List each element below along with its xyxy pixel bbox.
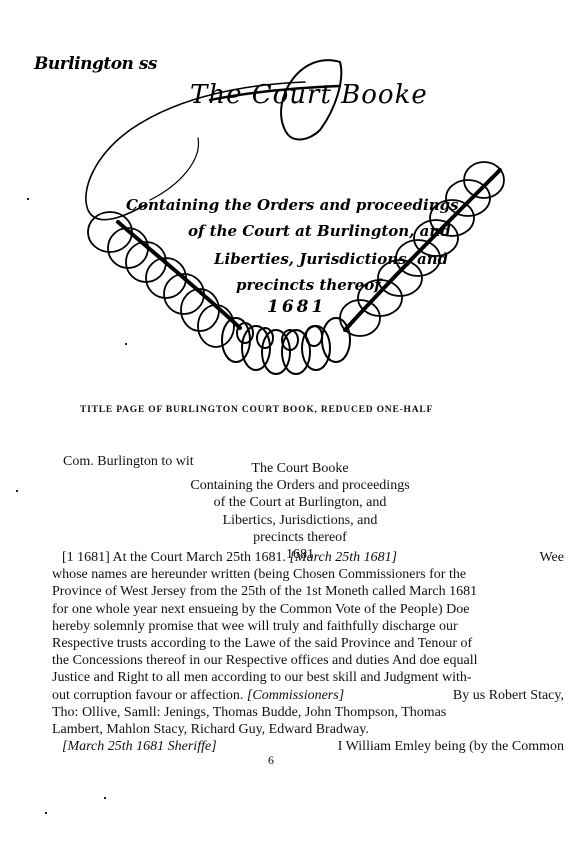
text-line: the Concessions thereof in our Respectiv…: [52, 652, 564, 669]
scan-speck: [27, 198, 29, 200]
title-line: Containing the Orders and proceedings: [170, 477, 430, 494]
title-line: Libertics, Jurisdictions, and: [170, 512, 430, 529]
text-line: [1 1681] At the Court March 25th 1681. […: [52, 549, 564, 566]
page-number: 6: [268, 753, 274, 768]
plate-year: 1681: [267, 297, 326, 317]
text-line: Respective trusts according to the Lawe …: [52, 635, 564, 652]
plate-line-3: Liberties, Jurisdictions, and: [214, 250, 448, 268]
county-heading: Burlington ss: [34, 54, 157, 74]
scan-speck: [16, 490, 18, 492]
text-line: Lambert, Mahlon Stacy, Richard Guy, Edwa…: [52, 721, 564, 738]
margin-note: [Commissioners]: [247, 688, 344, 703]
title-page-facsimile: Burlington ss The Court Booke Containing…: [0, 0, 586, 400]
text-line: [March 25th 1681 Sheriffe] I William Eml…: [52, 738, 564, 755]
text-line: Tho: Ollive, Samll: Jenings, Thomas Budd…: [52, 704, 564, 721]
margin-note: [March 25th 1681 Sheriffe]: [62, 738, 217, 755]
text-line: Province of West Jersey from the 25th of…: [52, 583, 564, 600]
text-line: whose names are hereunder written (being…: [52, 566, 564, 583]
text-line: hereby solemnly promise that wee will tr…: [52, 618, 564, 635]
plate-line-2: of the Court at Burlington, and: [188, 222, 451, 240]
text-line: for one whole year next ensueing by the …: [52, 601, 564, 618]
plate-line-1: Containing the Orders and proceedings: [126, 196, 459, 214]
body-paragraph: [1 1681] At the Court March 25th 1681. […: [52, 549, 564, 755]
title-line: precincts thereof: [170, 529, 430, 546]
plate-title: The Court Booke: [190, 80, 428, 110]
text-line: out corruption favour or affection. [Com…: [52, 687, 564, 704]
margin-note: [March 25th 1681]: [289, 550, 397, 565]
title-line: The Court Booke: [170, 460, 430, 477]
title-line: of the Court at Burlington, and: [170, 494, 430, 511]
plate-line-4: precincts thereof: [236, 276, 381, 294]
text-line: Justice and Right to all men according t…: [52, 669, 564, 686]
transcribed-title-block: The Court Booke Containing the Orders an…: [170, 460, 430, 563]
figure-caption: TITLE PAGE OF BURLINGTON COURT BOOK, RED…: [80, 405, 433, 415]
scan-speck: [104, 797, 106, 799]
scan-speck: [45, 812, 47, 814]
scan-speck: [125, 343, 127, 345]
